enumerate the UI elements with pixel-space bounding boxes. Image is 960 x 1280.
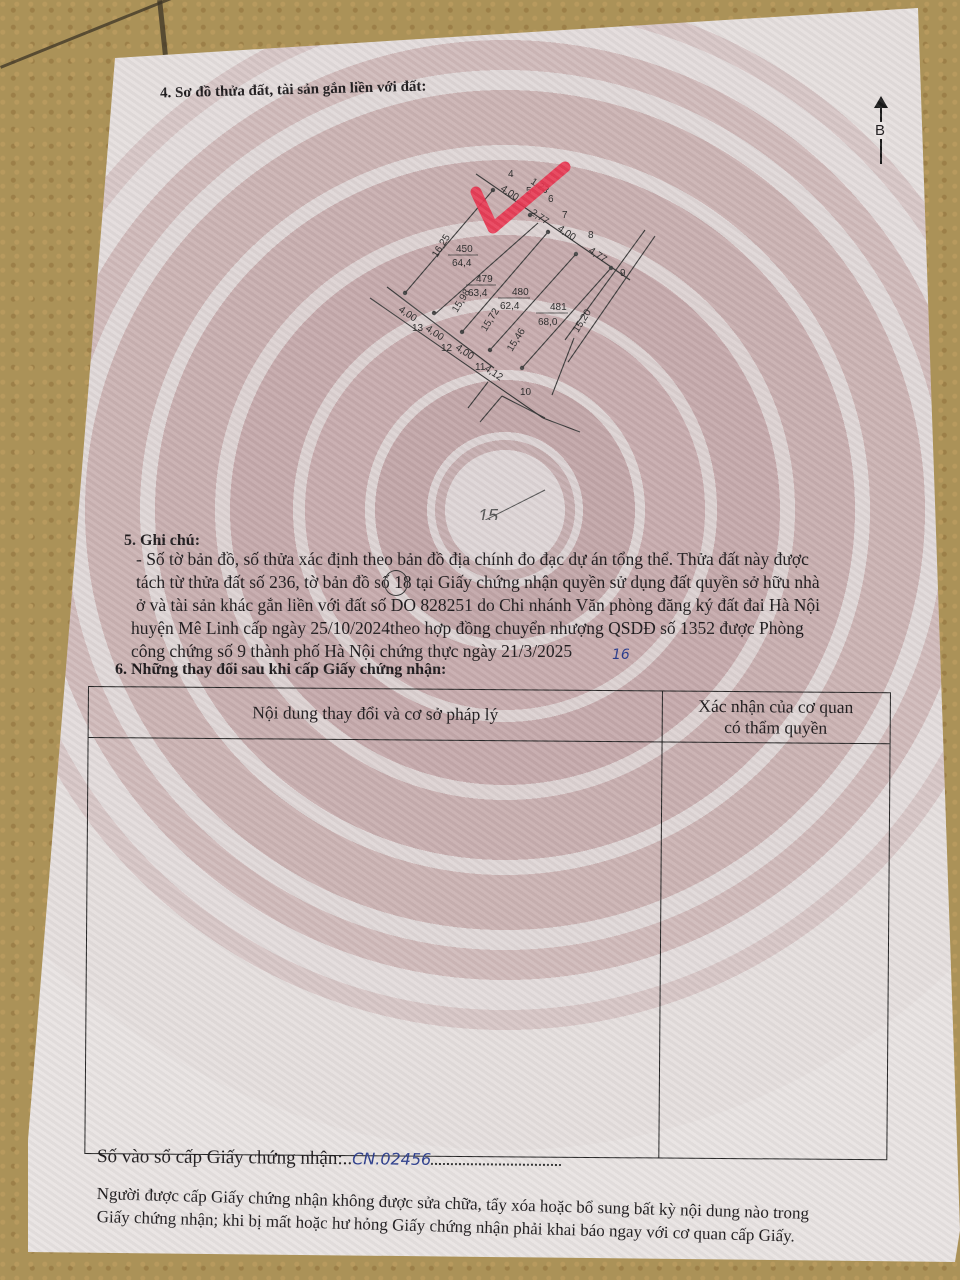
edge-length: 15,20 bbox=[571, 307, 594, 334]
section-5-title: 5. Ghi chú: bbox=[124, 532, 200, 550]
vertex-7: 7 bbox=[562, 210, 568, 221]
table-header-confirmation: Xác nhận của cơ quan có thẩm quyền bbox=[662, 696, 890, 740]
edge-length: 4,00 bbox=[498, 183, 521, 203]
red-checkmark-icon bbox=[476, 167, 565, 228]
edge-length: 4,00 bbox=[396, 304, 419, 324]
vertex-9: 9 bbox=[620, 268, 626, 279]
north-arrow-shaft bbox=[880, 104, 882, 164]
parcel-450-area: 64,4 bbox=[452, 258, 472, 269]
edge-length: 4,00 bbox=[453, 342, 476, 362]
table-header-divider bbox=[89, 737, 890, 744]
footer-notice-line-2: Giấy chứng nhận; khi bị mất hoặc hư hỏng… bbox=[96, 1207, 795, 1246]
section-4-title: 4. Sơ đồ thửa đất, tài sản gắn liền với … bbox=[160, 79, 427, 103]
note-line-5: công chứng số 9 thành phố Hà Nội chứng t… bbox=[131, 640, 572, 663]
parcel-480-area: 62,4 bbox=[500, 301, 520, 312]
registry-dotted-line bbox=[431, 1163, 561, 1166]
header-line: Xác nhận của cơ quan bbox=[662, 696, 890, 719]
registry-line: Số vào sổ cấp Giấy chứng nhận:..CN.02456 bbox=[97, 1146, 561, 1172]
edge-length: 15,98 bbox=[450, 287, 473, 314]
vertex-5: 5 bbox=[526, 186, 532, 197]
north-arrow-head-icon bbox=[874, 96, 888, 108]
edge-length: 15,46 bbox=[505, 326, 528, 353]
vertex-6: 6 bbox=[548, 194, 554, 205]
parcel-479-area: 63,4 bbox=[468, 288, 488, 299]
parcel-labels: 450 64,4 479 63,4 480 62,4 481 68,0 bbox=[448, 244, 568, 328]
edge-length: 4,00 bbox=[555, 223, 578, 243]
edge-length: 16,25 bbox=[430, 232, 453, 259]
header-line: có thẩm quyền bbox=[662, 717, 890, 740]
parcel-481-id: 481 bbox=[550, 302, 567, 313]
note-line-3: ở và tài sản khác gắn liền với đất số DO… bbox=[136, 594, 820, 617]
table-changes-cell[interactable] bbox=[85, 739, 660, 1157]
vertex-13: 13 bbox=[412, 323, 424, 334]
footer-notice-line-1: Người được cấp Giấy chứng nhận không đượ… bbox=[96, 1184, 809, 1224]
north-label: B bbox=[874, 122, 886, 139]
parcel-479-id: 479 bbox=[476, 274, 493, 285]
table-header-changes: Nội dung thay đổi và cơ sở pháp lý bbox=[89, 701, 662, 726]
table-column-divider bbox=[658, 692, 663, 1158]
edge-length: 1,23 bbox=[528, 176, 551, 196]
parcel-450-id: 450 bbox=[456, 244, 473, 255]
parcel-diagram: 450 64,4 479 63,4 480 62,4 481 68,0 4 5 … bbox=[0, 0, 960, 520]
parcel-481-area: 68,0 bbox=[538, 317, 558, 328]
edge-length: 2,77 bbox=[528, 207, 551, 227]
certificate-page: 4. Sơ đồ thửa đất, tài sản gắn liền với … bbox=[0, 0, 960, 1280]
table-confirmation-cell[interactable] bbox=[660, 744, 889, 1160]
vertex-8: 8 bbox=[588, 230, 594, 241]
north-arrow: B bbox=[879, 96, 883, 164]
vertex-10: 10 bbox=[520, 387, 532, 398]
circled-number-mark bbox=[384, 570, 408, 596]
edge-length: 4,77 bbox=[586, 245, 609, 265]
vertex-11: 11 bbox=[475, 362, 486, 373]
note-line-1: - Số tờ bản đồ, số thửa xác định theo bả… bbox=[136, 548, 809, 571]
note-line-2: tách từ thửa đất số 236, tờ bản đồ số 18… bbox=[136, 571, 820, 594]
edge-length: 4,00 bbox=[423, 323, 446, 343]
edge-length: 4,12 bbox=[482, 363, 505, 383]
note-line-4: huyện Mê Linh cấp ngày 25/10/2024theo hợ… bbox=[131, 617, 804, 640]
registry-label: Số vào sổ cấp Giấy chứng nhận:.. bbox=[97, 1146, 352, 1169]
vertex-4: 4 bbox=[508, 169, 514, 180]
changes-table: Nội dung thay đổi và cơ sở pháp lý Xác n… bbox=[84, 686, 891, 1160]
parcel-480-id: 480 bbox=[512, 287, 529, 298]
edge-length: 15,72 bbox=[479, 306, 502, 333]
pencil-stroke bbox=[430, 490, 545, 520]
floor-tile-line bbox=[157, 0, 168, 55]
vertex-12: 12 bbox=[441, 343, 453, 354]
registry-number-handwritten: CN.02456 bbox=[352, 1149, 431, 1169]
section-6-title: 6. Những thay đổi sau khi cấp Giấy chứng… bbox=[115, 661, 446, 679]
pencil-note: 15 bbox=[478, 506, 499, 520]
handwritten-mark: 16 bbox=[612, 647, 630, 663]
